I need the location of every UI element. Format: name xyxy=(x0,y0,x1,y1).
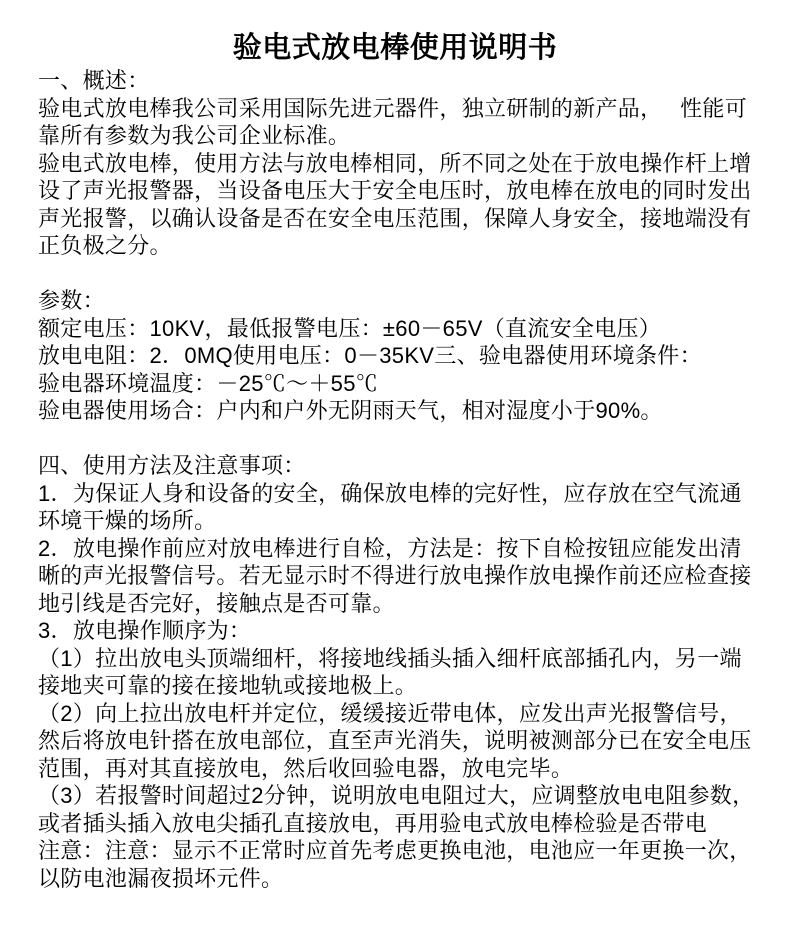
text-line: 放电电阻：2．0MQ使用电压：0－35KV三、验电器使用环境条件： xyxy=(38,342,760,370)
text-line: 然后将放电针搭在放电部位，直至声光消失，说明被测部分已在安全电压 xyxy=(38,727,760,755)
text-line: 四、使用方法及注意事项： xyxy=(38,452,760,480)
text-line: 正负极之分。 xyxy=(38,232,760,260)
text-line: 1．为保证人身和设备的安全，确保放电棒的完好性，应存放在空气流通 xyxy=(38,480,760,508)
text-line: 以防电池漏夜损坏元件。 xyxy=(38,865,760,893)
text-line: 3．放电操作顺序为： xyxy=(38,617,760,645)
text-line: 范围，再对其直接放电，然后收回验电器，放电完毕。 xyxy=(38,755,760,783)
document-page: 验电式放电棒使用说明书 一、概述：验电式放电棒我公司采用国际先进元器件，独立研制… xyxy=(0,0,790,925)
text-line: 一、概述： xyxy=(38,67,760,95)
text-line: 2．放电操作前应对放电棒进行自检，方法是：按下自检按钮应能发出清 xyxy=(38,535,760,563)
text-line: 额定电压：10KV，最低报警电压：±60－65V（直流安全电压） xyxy=(38,315,760,343)
text-line: 或者插头插入放电尖插孔直接放电，再用验电式放电棒检验是否带电 xyxy=(38,810,760,838)
text-line: 验电器环境温度：－25℃～＋55℃ xyxy=(38,370,760,398)
blank-line xyxy=(38,260,760,288)
text-line: 声光报警，以确认设备是否在安全电压范围，保障人身安全，接地端没有 xyxy=(38,205,760,233)
text-line: 验电式放电棒，使用方法与放电棒相同，所不同之处在于放电操作杆上增 xyxy=(38,150,760,178)
text-line: 靠所有参数为我公司企业标准。 xyxy=(38,122,760,150)
text-line: 环境干燥的场所。 xyxy=(38,507,760,535)
text-line: 设了声光报警器，当设备电压大于安全电压时，放电棒在放电的同时发出 xyxy=(38,177,760,205)
text-line: 注意：注意：显示不正常时应首先考虑更换电池，电池应一年更换一次， xyxy=(38,837,760,865)
text-line: 验电式放电棒我公司采用国际先进元器件，独立研制的新产品， 性能可 xyxy=(38,95,760,123)
text-line: （1）拉出放电头顶端细杆，将接地线插头插入细杆底部插孔内，另一端 xyxy=(38,645,760,673)
text-line: 地引线是否完好，接触点是否可靠。 xyxy=(38,590,760,618)
text-line: 接地夹可靠的接在接地轨或接地极上。 xyxy=(38,672,760,700)
text-line: 参数： xyxy=(38,287,760,315)
text-line: 晰的声光报警信号。若无显示时不得进行放电操作放电操作前还应检查接 xyxy=(38,562,760,590)
text-line: （2）向上拉出放电杆并定位，缓缓接近带电体，应发出声光报警信号， xyxy=(38,700,760,728)
blank-line xyxy=(38,425,760,453)
document-title: 验电式放电棒使用说明书 xyxy=(0,0,790,67)
text-line: （3）若报警时间超过2分钟，说明放电电阻过大，应调整放电电阻参数， xyxy=(38,782,760,810)
text-line: 验电器使用场合：户内和户外无阴雨天气，相对湿度小于90%。 xyxy=(38,397,760,425)
document-body: 一、概述：验电式放电棒我公司采用国际先进元器件，独立研制的新产品， 性能可靠所有… xyxy=(0,67,790,892)
